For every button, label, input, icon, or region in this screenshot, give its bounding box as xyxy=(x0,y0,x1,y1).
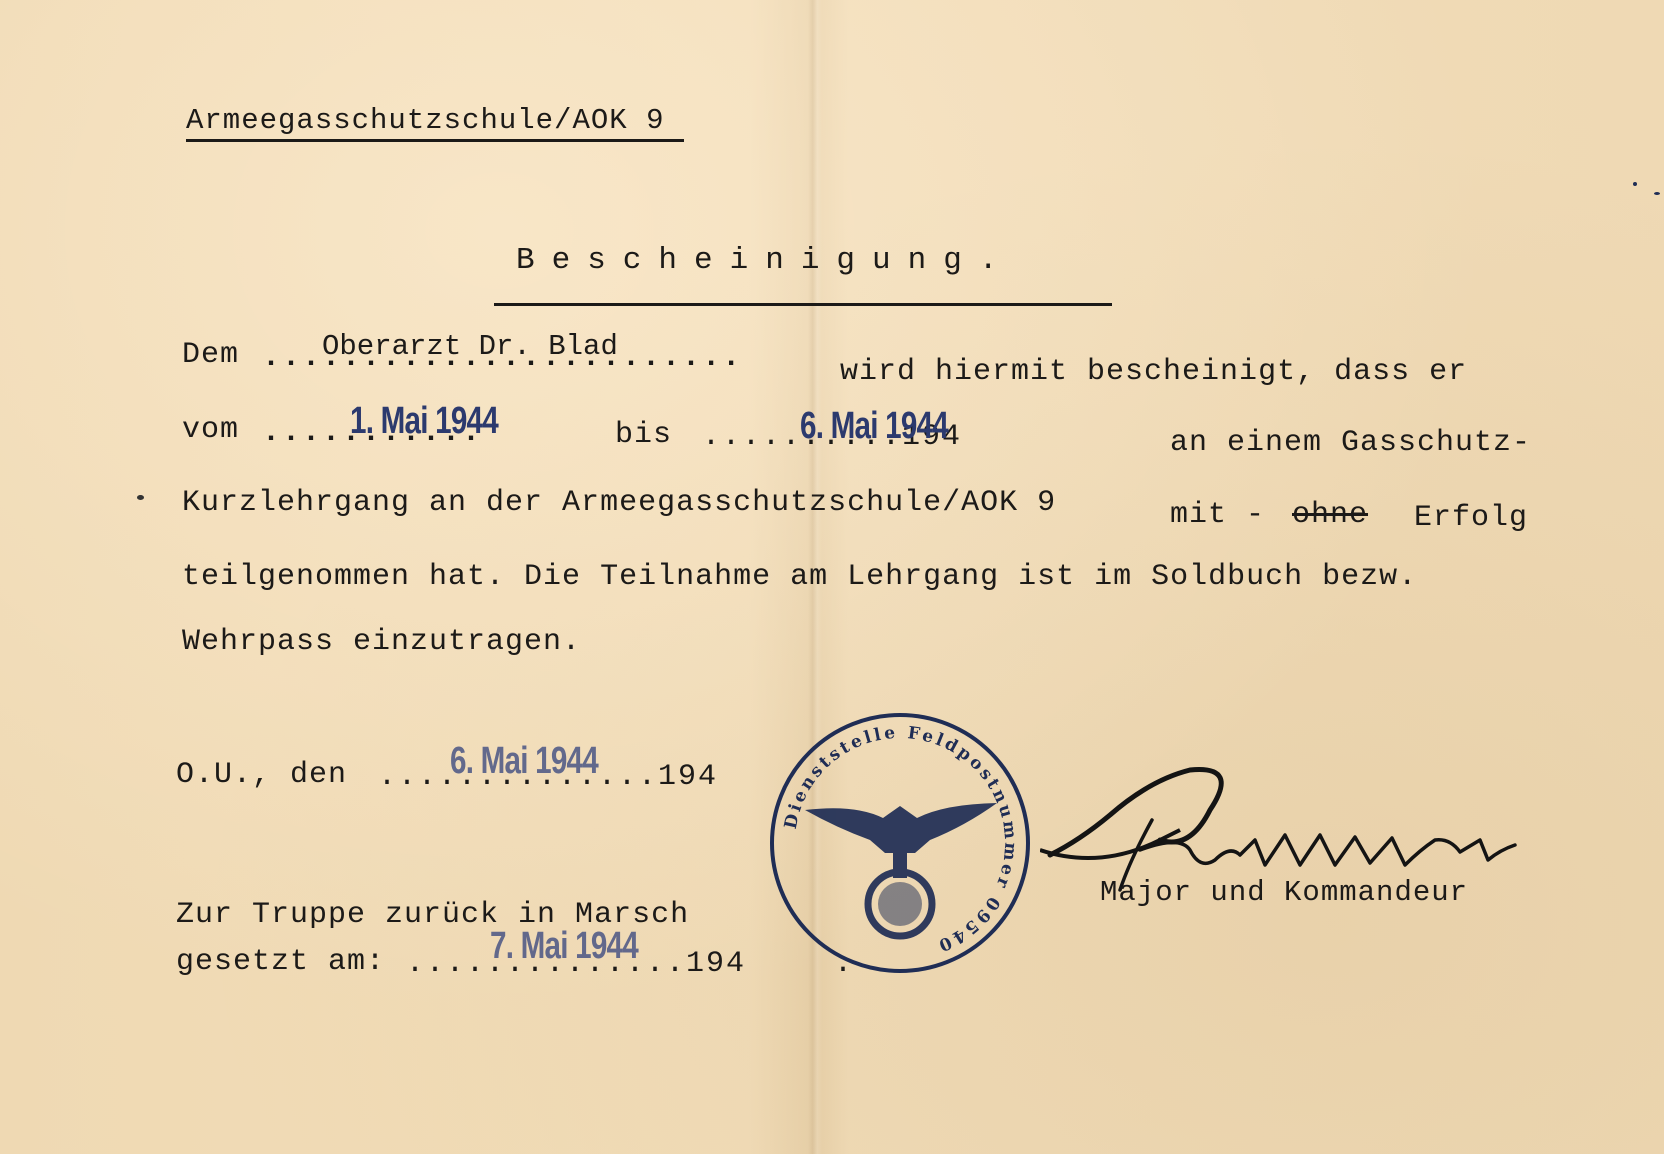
document-title: Bescheinigung. xyxy=(516,245,1014,276)
eagle-emblem-icon xyxy=(805,803,997,936)
ink-speck xyxy=(137,495,144,500)
line2-prefix: vom xyxy=(182,415,239,445)
line3-text: Kurzlehrgang an der Armeegasschutzschule… xyxy=(182,488,1056,518)
recipient-name: Oberarzt Dr. Blad xyxy=(322,330,618,363)
return-line2-prefix: gesetzt am: xyxy=(176,947,385,977)
issuing-unit-header: Armeegasschutzschule/AOK 9 xyxy=(186,106,684,142)
line1-prefix: Dem xyxy=(182,340,239,370)
line4-text: teilgenommen hat. Die Teilnahme am Lehrg… xyxy=(182,562,1417,592)
place-date-prefix: O.U., den xyxy=(176,760,347,790)
date-from-stamp: 1. Mai 1944 xyxy=(350,400,498,443)
line3-ohne-struck: ohne xyxy=(1292,500,1368,530)
place-date-stamp: 6. Mai 1944 xyxy=(450,740,598,783)
ink-speck xyxy=(1654,192,1660,195)
return-date-stamp: 7. Mai 1944 xyxy=(490,925,638,968)
line5-text: Wehrpass einzutragen. xyxy=(182,627,581,657)
line3-mit: mit - xyxy=(1170,500,1265,530)
line3-erfolg: Erfolg xyxy=(1414,503,1528,533)
ink-speck xyxy=(1633,182,1637,186)
date-to-stamp: 6. Mai 1944 xyxy=(800,405,948,448)
official-seal-stamp: Dienststelle Feldpostnummer 09540 xyxy=(765,708,1035,978)
line2-suffix: an einem Gasschutz- xyxy=(1170,428,1531,458)
title-underline xyxy=(494,303,1112,306)
line1-suffix: wird hiermit bescheinigt, dass er xyxy=(840,357,1467,387)
signature-caption: Major und Kommandeur xyxy=(1100,878,1468,907)
line2-bis: bis xyxy=(615,420,672,450)
